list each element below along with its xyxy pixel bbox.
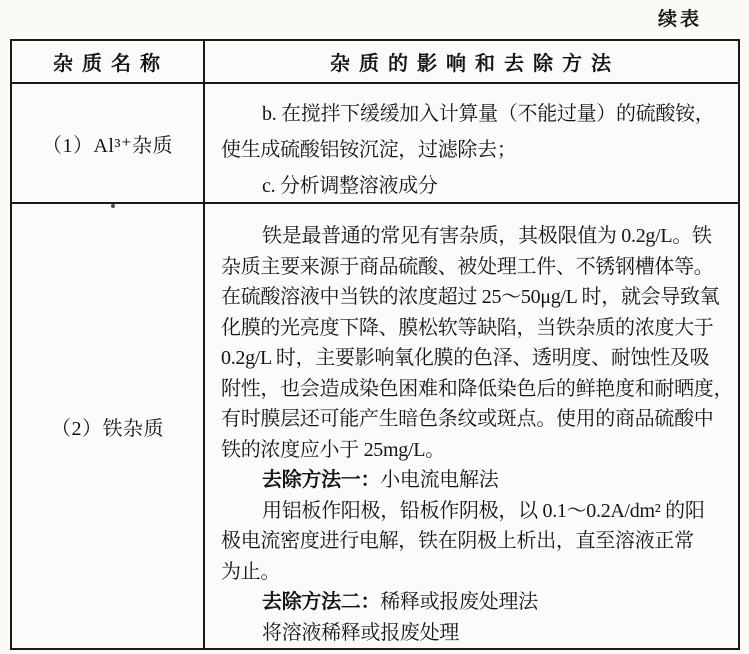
text-line: 为止。 xyxy=(221,557,734,588)
impurity-name-iron: （2）铁杂质 xyxy=(51,412,164,441)
text-line: 极电流密度进行电解，铁在阴极上析出，直至溶液正常 xyxy=(221,526,734,557)
cell-iron-impurity-content: 铁是最普通的常见有害杂质，其极限值为 0.2g/L。铁 杂质主要来源于商品硫酸、… xyxy=(205,204,738,648)
continued-table-label: 续表 xyxy=(658,4,702,31)
method-2-label: 去除方法二： xyxy=(262,591,380,613)
cell-al-impurity-content: b. 在搅拌下缓缓加入计算量（不能过量）的硫酸铵， 使生成硫酸铝铵沉淀，过滤除去… xyxy=(205,84,738,202)
text-line: b. 在搅拌下缓缓加入计算量（不能过量）的硫酸铵， xyxy=(221,96,734,132)
header-cell-impurity-name: 杂 质 名 称 xyxy=(12,41,205,82)
text-line: 0.2g/L 时，主要影响氧化膜的色泽、透明度、耐蚀性及吸 xyxy=(221,343,734,374)
impurity-name-al: （1）Al³⁺杂质 xyxy=(42,129,173,158)
text-line: 铁是最普通的常见有害杂质，其极限值为 0.2g/L。铁 xyxy=(221,221,734,252)
text-line-method-1: 去除方法一：小电流电解法 xyxy=(221,465,734,496)
text-line: 使生成硫酸铝铵沉淀，过滤除去； xyxy=(221,132,734,168)
text-line: 在硫酸溶液中当铁的浓度超过 25～50μg/L 时，就会导致氧 xyxy=(221,282,734,313)
text-line: c. 分析调整溶液成分 xyxy=(221,168,734,202)
table-row-al-impurity: （1）Al³⁺杂质 b. 在搅拌下缓缓加入计算量（不能过量）的硫酸铵， 使生成硫… xyxy=(12,84,738,204)
text-line: 用铝板作阳极，铅板作阴极，以 0.1～0.2A/dm² 的阳 xyxy=(221,496,734,527)
text-line: 附性，也会造成染色困难和降低染色后的鲜艳度和耐晒度， xyxy=(221,374,734,405)
text-line: 有时膜层还可能产生暗色条纹或斑点。使用的商品硫酸中 xyxy=(221,404,734,435)
header-cell-impurity-effect: 杂 质 的 影 响 和 去 除 方 法 xyxy=(205,41,738,82)
text-line: 杂质主要来源于商品硫酸、被处理工件、不锈钢槽体等。 xyxy=(221,252,734,283)
impurity-table: 杂 质 名 称 杂 质 的 影 响 和 去 除 方 法 （1）Al³⁺杂质 b.… xyxy=(10,39,740,650)
table-row-iron-impurity: （2）铁杂质 铁是最普通的常见有害杂质，其极限值为 0.2g/L。铁 杂质主要来… xyxy=(12,204,738,648)
text-line: 化膜的光亮度下降、膜松软等缺陷，当铁杂质的浓度大于 xyxy=(221,313,734,344)
method-1-label: 去除方法一： xyxy=(262,469,380,491)
table-header-row: 杂 质 名 称 杂 质 的 影 响 和 去 除 方 法 xyxy=(12,41,738,84)
text-line: 铁的浓度应小于 25mg/L。 xyxy=(221,435,734,466)
scan-speck-artifact xyxy=(111,204,115,208)
text-line-method-2: 去除方法二：稀释或报废处理法 xyxy=(221,587,734,618)
text-line: 将溶液稀释或报废处理 xyxy=(221,618,734,649)
scanned-document-page: 续表 杂 质 名 称 杂 质 的 影 响 和 去 除 方 法 （1）Al³⁺杂质… xyxy=(0,0,749,654)
